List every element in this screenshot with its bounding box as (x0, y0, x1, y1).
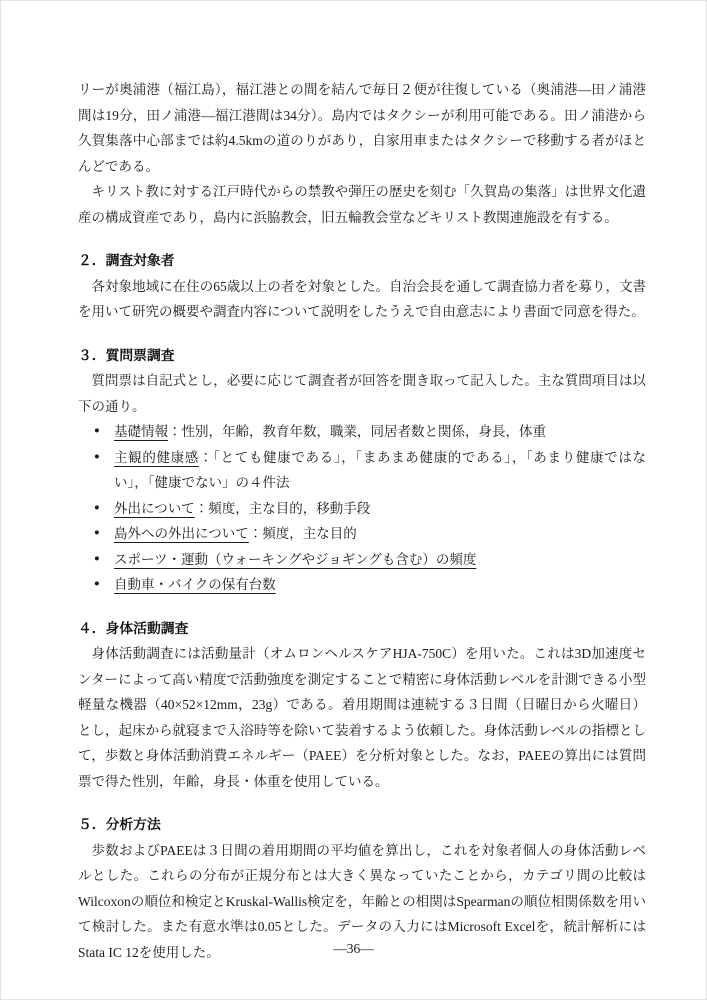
bullet-label: 島外への外出について (114, 526, 249, 541)
section-heading-questionnaire: ３．質問票調査 (78, 343, 646, 369)
bullet-label: 基礎情報 (114, 424, 168, 439)
list-item: ●自動車・バイクの保有台数 (78, 572, 646, 598)
bullet-label: 外出について (114, 501, 195, 516)
list-item: ●島外への外出について：頻度，主な目的 (78, 521, 646, 547)
list-item: ●スポーツ・運動（ウォーキングやジョギングも含む）の頻度 (78, 547, 646, 573)
intro-paragraph-heritage: キリスト教に対する江戸時代からの禁教や弾圧の歴史を刻む「久賀島の集落」は世界文化… (78, 179, 646, 230)
bullet-label: スポーツ・運動（ウォーキングやジョギングも含む）の頻度 (114, 552, 476, 567)
section-heading-survey-subjects: ２．調査対象者 (78, 248, 646, 274)
questionnaire-item-list: ●基礎情報：性別，年齢，教育年数，職業，同居者数と関係，身長，体重 ●主観的健康… (78, 419, 646, 598)
bullet-label: 主観的健康感 (114, 450, 199, 465)
bullet-dot-icon: ● (94, 496, 100, 522)
section-heading-physical-activity: ４．身体活動調査 (78, 616, 646, 642)
section-heading-analysis-methods: ５．分析方法 (78, 812, 646, 838)
bullet-dot-icon: ● (94, 419, 100, 445)
document-page: リーが奥浦港（福江島），福江港との間を結んで毎日２便が往復している（奥浦港―田ノ… (0, 0, 707, 1000)
paragraph: 各対象地域に在住の65歳以上の者を対象とした。自治会長を通して調査協力者を募り，… (78, 274, 646, 325)
paragraph: 質問票は自記式とし，必要に応じて調査者が回答を聞き取って記入した。主な質問項目は… (78, 368, 646, 419)
intro-paragraph-ferry: リーが奥浦港（福江島），福江港との間を結んで毎日２便が往復している（奥浦港―田ノ… (78, 77, 646, 179)
bullet-label: 自動車・バイクの保有台数 (114, 577, 276, 592)
list-item: ●外出について：頻度，主な目的，移動手段 (78, 496, 646, 522)
section-survey-subjects: ２．調査対象者 各対象地域に在住の65歳以上の者を対象とした。自治会長を通して調… (78, 248, 646, 325)
paragraph: 身体活動調査には活動量計（オムロンヘルスケアHJA-750C）を用いた。これは3… (78, 641, 646, 794)
bullet-dot-icon: ● (94, 547, 100, 573)
bullet-dot-icon: ● (94, 521, 100, 547)
section-questionnaire: ３．質問票調査 質問票は自記式とし，必要に応じて調査者が回答を聞き取って記入した… (78, 343, 646, 598)
bullet-text: ：頻度，主な目的 (249, 526, 357, 541)
list-item: ●基礎情報：性別，年齢，教育年数，職業，同居者数と関係，身長，体重 (78, 419, 646, 445)
bullet-text: ：頻度，主な目的，移動手段 (195, 501, 371, 516)
bullet-text: ：性別，年齢，教育年数，職業，同居者数と関係，身長，体重 (168, 424, 546, 439)
section-physical-activity: ４．身体活動調査 身体活動調査には活動量計（オムロンヘルスケアHJA-750C）… (78, 616, 646, 795)
page-number: —36— (1, 939, 706, 959)
bullet-dot-icon: ● (94, 445, 100, 471)
page-content: リーが奥浦港（福江島），福江港との間を結んで毎日２便が往復している（奥浦港―田ノ… (78, 77, 646, 965)
bullet-dot-icon: ● (94, 572, 100, 598)
list-item: ●主観的健康感：「とても健康である」，「まあまあ健康的である」，「あまり健康では… (78, 445, 646, 496)
